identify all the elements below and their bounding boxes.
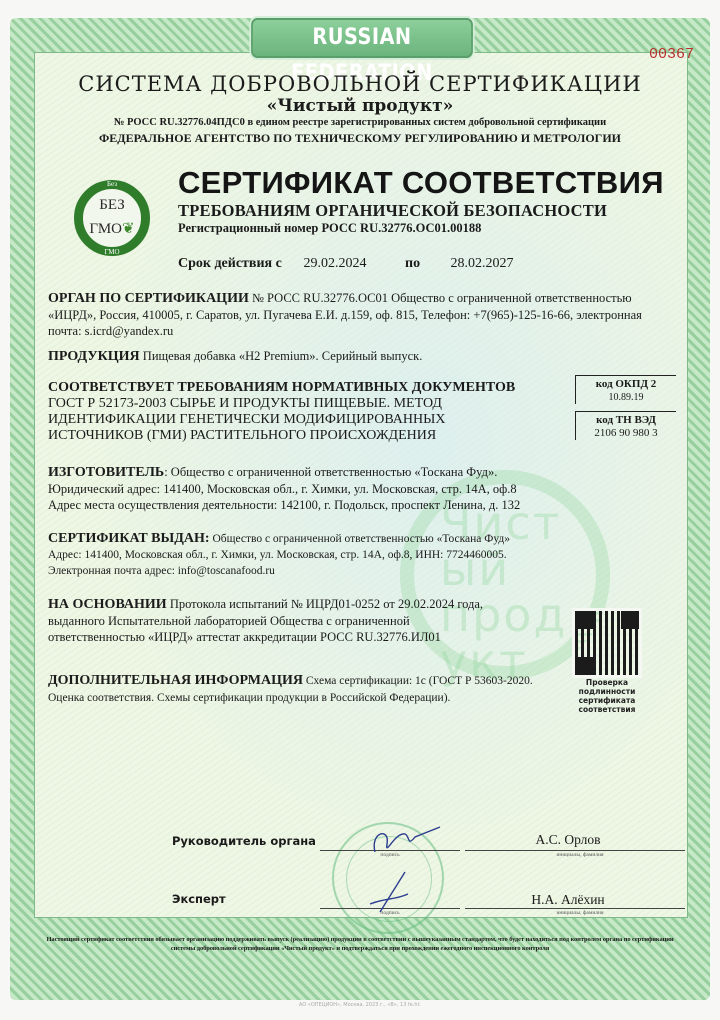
valid-to: 28.02.2027 <box>451 256 514 272</box>
no-gmo-logo: Без БЕЗ ГМО❦ ГМО <box>74 180 150 256</box>
section-certification-body: ОРГАН ПО СЕРТИФИКАЦИИ № РОСС RU.32776.ОС… <box>48 290 678 339</box>
section-issued-to: СЕРТИФИКАТ ВЫДАН: Общество с ограниченно… <box>48 530 678 579</box>
name-line-head <box>465 850 685 851</box>
signature-role-expert: Эксперт <box>172 892 226 906</box>
section-basis: НА ОСНОВАНИИ Протокола испытаний № ИЦРД0… <box>48 596 498 645</box>
footer-note: Настоящий сертификат соответствия обязыв… <box>40 935 680 953</box>
watermark-text: Чистый продукт <box>440 500 590 684</box>
name-line-expert <box>465 908 685 909</box>
logo-ring-top: Без <box>83 180 141 188</box>
system-registry: № РОСС RU.32776.04ПДС0 в едином реестре … <box>0 117 720 128</box>
system-name: «Чистый продукт» <box>0 96 720 116</box>
section-product: ПРОДУКЦИЯ Пищевая добавка «H2 Premium». … <box>48 348 678 365</box>
signature-role-head: Руководитель органа <box>172 834 316 848</box>
logo-ring-bottom: ГМО <box>83 248 141 256</box>
printer-line: АО «ОПЕЦИОН», Москва, 2023 г., «В», 13 f… <box>0 1002 720 1008</box>
signature-head <box>365 822 445 862</box>
logo-line2: ГМО❦ <box>83 219 141 238</box>
validity-to-label: по <box>405 256 447 272</box>
okpd2-code: код ОКПД 2 10.89.19 <box>575 375 676 404</box>
certificate-title: СЕРТИФИКАТ СООТВЕТСТВИЯ <box>178 165 664 201</box>
section-manufacturer: ИЗГОТОВИТЕЛЬ: Общество с ограниченной от… <box>48 464 678 513</box>
serial-number: 00367 <box>649 46 694 63</box>
name-caption-head: инициалы, фамилия <box>540 852 620 858</box>
registration-number: Регистрационный номер РОСС RU.32776.ОС01… <box>178 221 481 236</box>
logo-line1: БЕЗ <box>83 197 141 214</box>
validity-period: Срок действия с 29.02.2024 по 28.02.2027 <box>178 256 514 272</box>
country-banner: RUSSIAN FEDERATION <box>251 18 473 58</box>
section-additional-info: ДОПОЛНИТЕЛЬНАЯ ИНФОРМАЦИЯ Схема сертифик… <box>48 672 538 706</box>
signatory-name-expert: Н.А. Алёхин <box>468 892 668 908</box>
system-title: СИСТЕМА ДОБРОВОЛЬНОЙ СЕРТИФИКАЦИИ <box>0 72 720 96</box>
tnved-code: код ТН ВЭД 2106 90 980 3 <box>575 411 676 440</box>
verification-qr-code[interactable] <box>572 608 642 678</box>
valid-from: 29.02.2024 <box>304 256 402 272</box>
signature-expert <box>350 868 420 916</box>
qr-caption: Проверка подлинности сертификата соответ… <box>562 678 652 714</box>
certificate-requirements: ТРЕБОВАНИЯМ ОРГАНИЧЕСКОЙ БЕЗОПАСНОСТИ <box>178 201 607 221</box>
validity-label: Срок действия с <box>178 256 300 272</box>
signatory-name-head: А.С. Орлов <box>468 832 668 848</box>
name-caption-expert: инициалы, фамилия <box>540 910 620 916</box>
leaf-icon: ❦ <box>122 221 135 237</box>
agency-name: ФЕДЕРАЛЬНОЕ АГЕНТСТВО ПО ТЕХНИЧЕСКОМУ РЕ… <box>0 131 720 146</box>
section-conformity: СООТВЕТСТВУЕТ ТРЕБОВАНИЯМ НОРМАТИВНЫХ ДО… <box>48 380 558 444</box>
